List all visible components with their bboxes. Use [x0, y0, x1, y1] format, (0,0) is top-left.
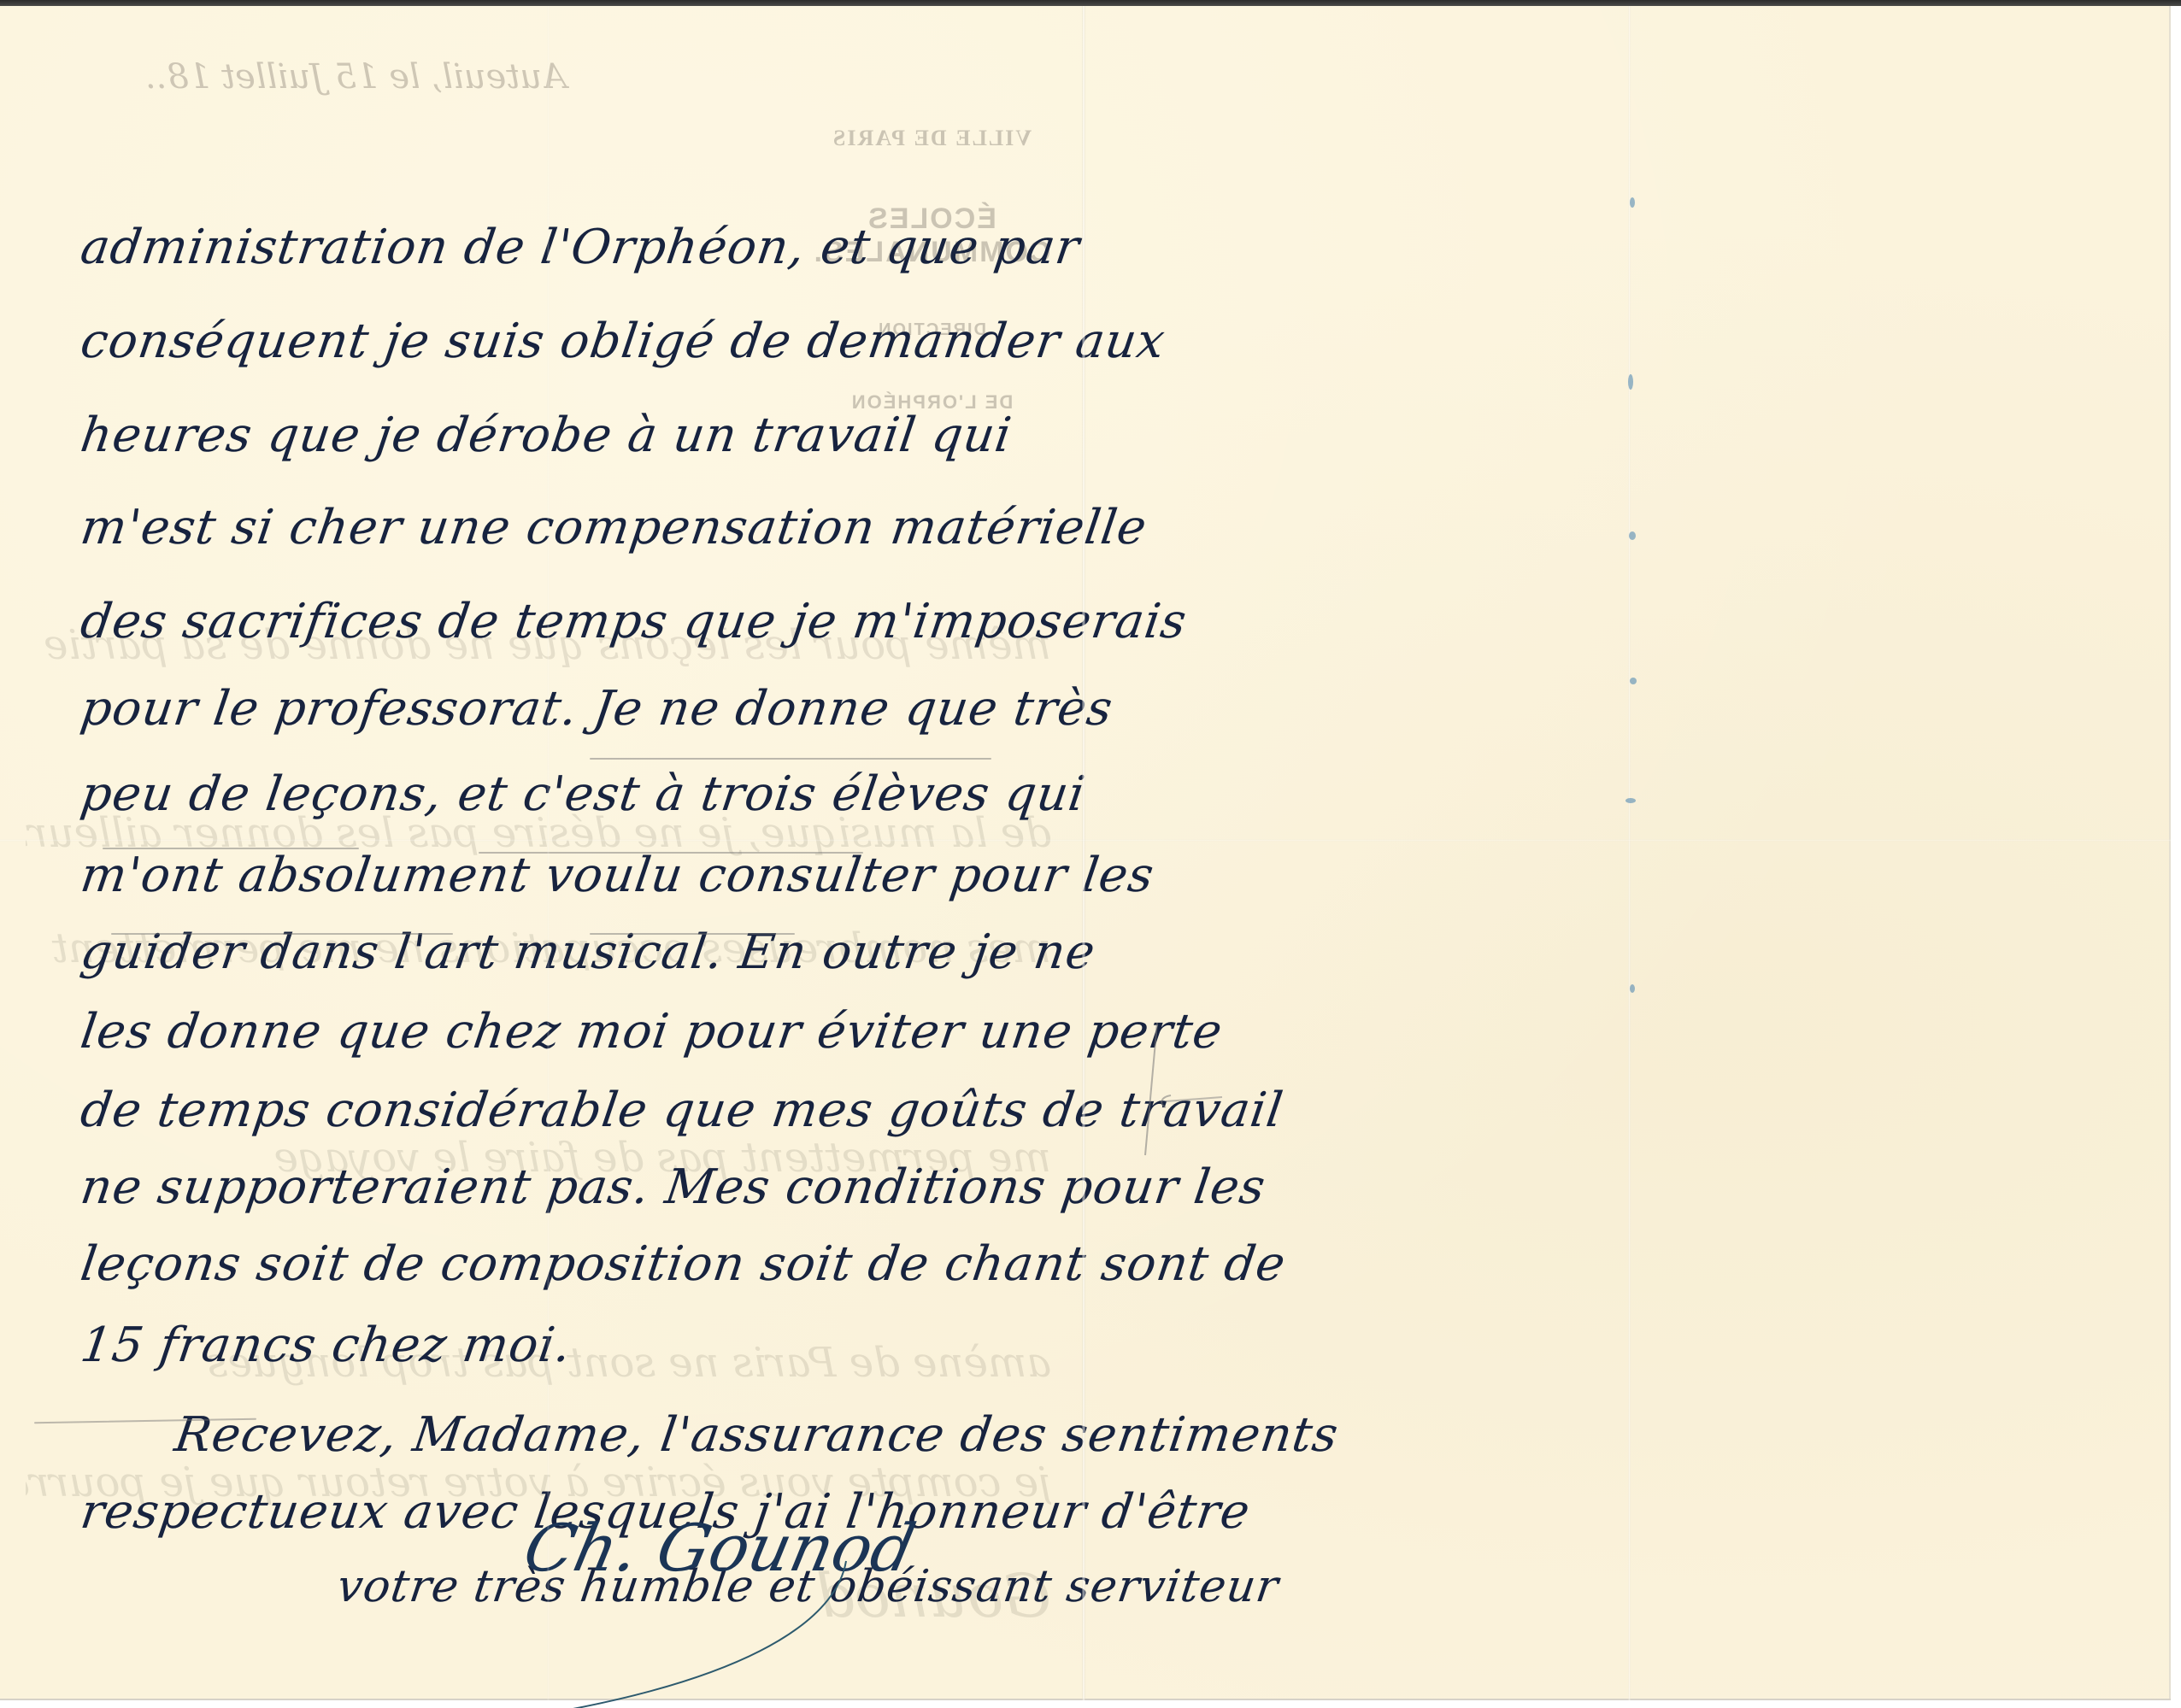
letter-sheet: même pour les leçons que ne donne de sa …: [0, 6, 2171, 1700]
letter-line: des sacrifices de temps que je m'imposer…: [77, 594, 1190, 649]
left-page: même pour les leçons que ne donne de sa …: [0, 6, 1084, 1700]
pencil-underline: [479, 852, 863, 854]
letter-line: administration de l'Orphéon, et que par: [77, 220, 1083, 275]
signature-flourish-icon: [513, 1544, 872, 1708]
letter-line: les donne que chez moi pour éviter une p…: [77, 1004, 1226, 1059]
pencil-underline: [590, 758, 991, 760]
scanner-edge: [0, 0, 2181, 6]
pencil-underline: [111, 933, 453, 935]
pencil-arrow-icon: [1137, 1018, 1239, 1164]
letter-line: pour le professorat. Je ne donne que trè…: [77, 681, 1116, 737]
fold-crease: [547, 6, 550, 1700]
letter-line: 15 francs chez moi.: [77, 1318, 574, 1373]
pencil-underline: [103, 848, 359, 849]
letterhead-city: VILLE DE PARIS: [752, 126, 1111, 151]
letter-line: m'est si cher une compensation matériell…: [77, 500, 1150, 555]
dateline-showthrough: Auteuil, le 15 Juillet 18..: [145, 57, 567, 97]
pencil-underline: [590, 933, 795, 935]
letter-line: peu de leçons, et c'est à trois élèves q…: [77, 766, 1089, 822]
letter-line: conséquent je suis obligé de demander au…: [77, 314, 1168, 369]
letter-line: m'ont absolument voulu consulter pour le…: [77, 848, 1157, 903]
blue-ink-specks-icon: [1607, 91, 1658, 1031]
